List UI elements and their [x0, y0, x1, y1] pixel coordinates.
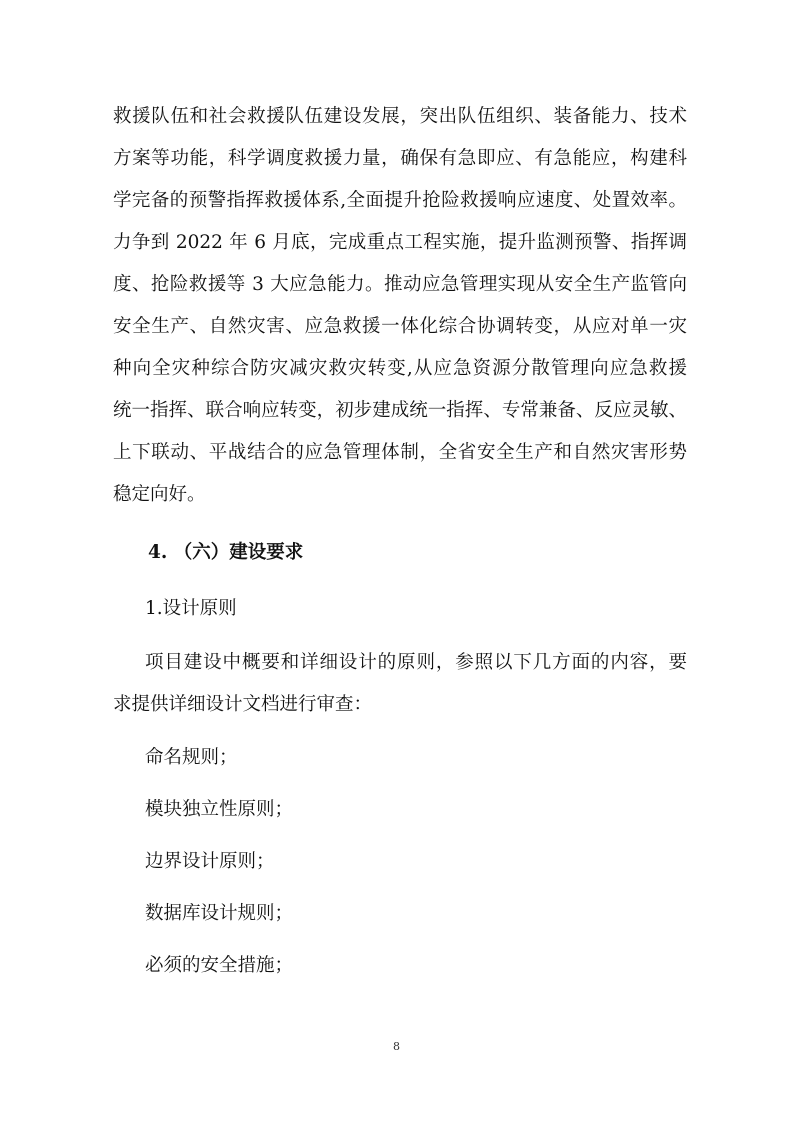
paragraph-line: 度、抢险救援等 3 大应急能力。推动应急管理实现从安全生产监管向 — [113, 274, 687, 296]
paragraph-line: 上下联动、平战结合的应急管理体制，全省安全生产和自然灾害形势 — [113, 442, 687, 464]
paragraph-line: 安全生产、自然灾害、应急救援一体化综合协调转变，从应对单一灾 — [113, 316, 687, 338]
list-item: 边界设计原则； — [145, 851, 275, 873]
paragraph-line: 方案等功能，科学调度救援力量，确保有急即应、有急能应，构建科 — [113, 148, 687, 170]
paragraph-line: 统一指挥、联合响应转变，初步建成统一指挥、专常兼备、反应灵敏、 — [113, 400, 687, 422]
list-item: 数据库设计规则； — [145, 903, 293, 925]
paragraph-line: 种向全灾种综合防灾减灾救灾转变,从应急资源分散管理向应急救援 — [113, 358, 687, 380]
paragraph-line: 稳定向好。 — [113, 484, 687, 506]
paragraph-line: 求提供详细设计文档进行审查： — [113, 694, 687, 716]
paragraph-line: 力争到 2022 年 6 月底，完成重点工程实施，提升监测预警、指挥调 — [113, 232, 687, 254]
list-item: 必须的安全措施； — [145, 955, 293, 977]
paragraph-line: 救援队伍和社会救援队伍建设发展，突出队伍组织、装备能力、技术 — [113, 106, 687, 128]
section-heading: 4. （六）建设要求 — [148, 542, 303, 564]
paragraph-line: 项目建设中概要和详细设计的原则，参照以下几方面的内容，要 — [145, 652, 687, 674]
list-item: 模块独立性原则； — [145, 799, 293, 821]
list-item: 命名规则； — [145, 747, 238, 769]
paragraph-line: 学完备的预警指挥救援体系,全面提升抢险救援响应速度、处置效率。 — [113, 190, 687, 212]
page-number: 8 — [0, 1040, 793, 1053]
subheading: 1.设计原则 — [145, 598, 237, 620]
